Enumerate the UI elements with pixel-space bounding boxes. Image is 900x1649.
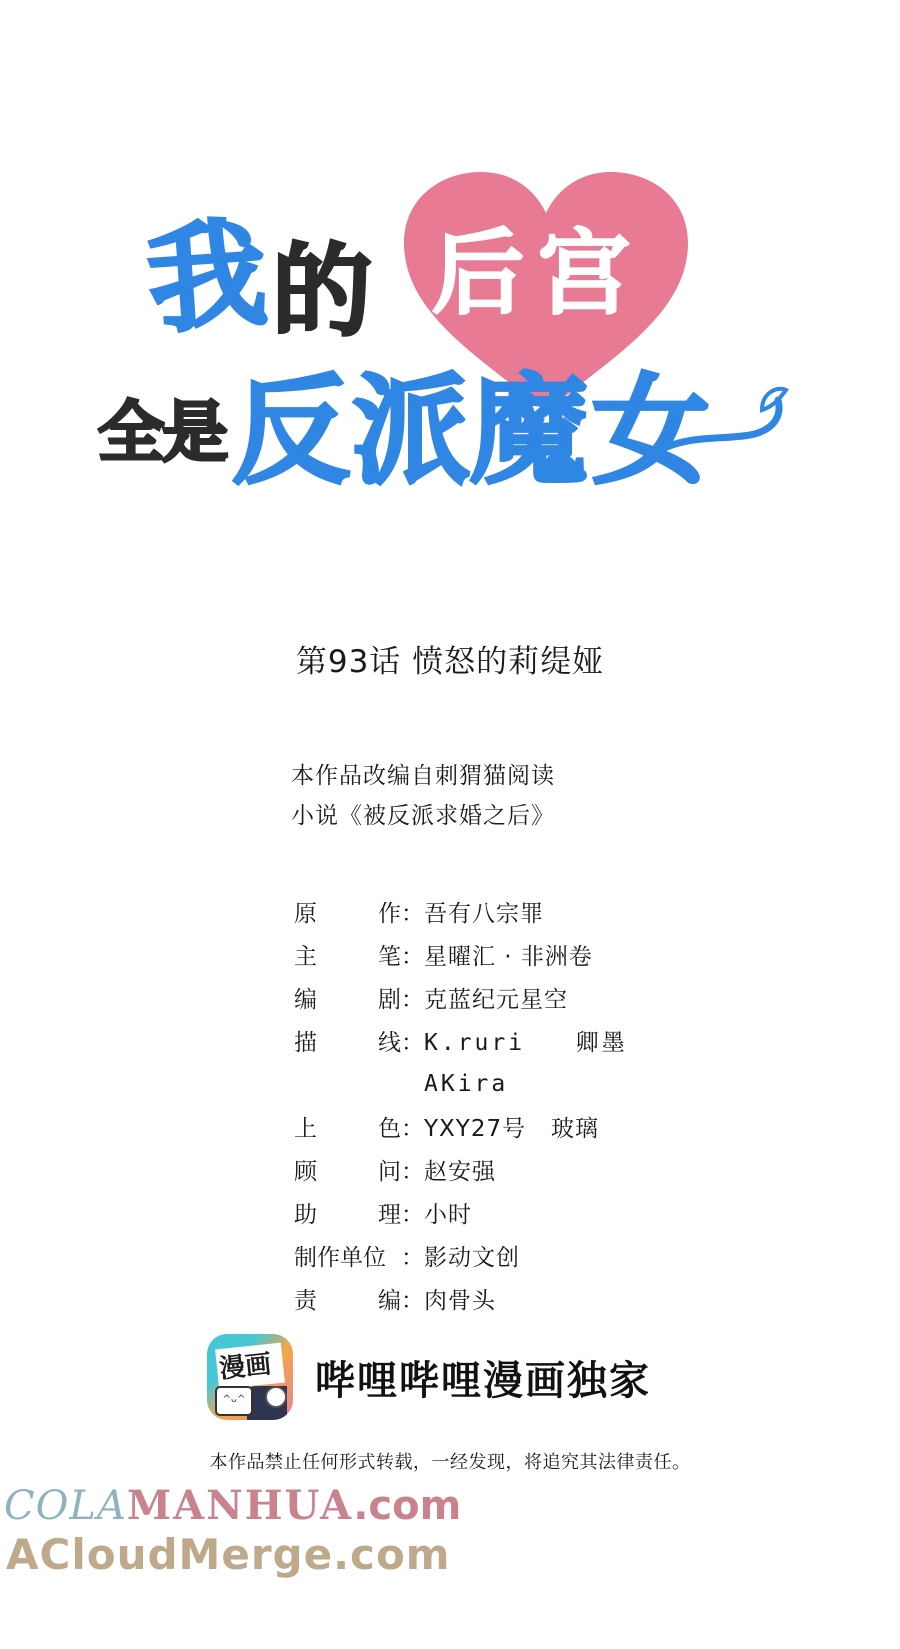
- credit-value: 吾有八宗罪: [424, 895, 544, 928]
- credit-row-original-author: 原 作： 吾有八宗罪: [294, 890, 628, 933]
- credit-row-editor: 责 编： 肉骨头: [294, 1277, 628, 1320]
- credit-value: YXY27号 玻璃: [424, 1110, 599, 1143]
- source-note: 本作品改编自刺猬猫阅读 小说《被反派求婚之后》: [291, 756, 555, 836]
- credit-label: 上 色：: [294, 1110, 424, 1143]
- credit-value: 星曜汇 · 非洲卷: [424, 938, 593, 971]
- credit-value: AKira: [424, 1071, 508, 1097]
- credit-value: 影动文创: [424, 1239, 520, 1272]
- copyright-disclaimer: 本作品禁止任何形式转载，一经发现，将追究其法律责任。: [0, 1448, 900, 1474]
- logo-char-pai: 派: [352, 372, 470, 490]
- platform-exclusive-label: 哔哩哔哩漫画独家: [315, 1349, 651, 1406]
- credit-label: 描 线：: [294, 1024, 424, 1057]
- credit-label-a: 主: [294, 938, 317, 971]
- credit-label-b: 理：: [378, 1196, 424, 1229]
- credit-row-lineart-cont: AKira: [294, 1062, 628, 1105]
- chapter-title: 第93话 愤怒的莉缇娅: [0, 636, 900, 681]
- credit-value: 克蓝纪元星空: [424, 981, 568, 1014]
- credit-value: 赵安强: [424, 1153, 496, 1186]
- tv-mascot-icon: ^ᴗ^: [215, 1386, 253, 1416]
- credit-row-screenwriter: 编 剧： 克蓝纪元星空: [294, 976, 628, 1019]
- credit-label-b: 色：: [378, 1110, 424, 1143]
- credits-list: 原 作： 吾有八宗罪 主 笔： 星曜汇 · 非洲卷 编 剧： 克蓝纪元星空 描 …: [294, 890, 628, 1320]
- credit-value: K.ruri 卿墨: [424, 1024, 628, 1057]
- watermark-acloudmerge: ACloudMerge.com: [6, 1530, 451, 1579]
- watermark-colamanhua: COLAMANHUA.com: [4, 1482, 461, 1529]
- credit-label: 原 作：: [294, 895, 424, 928]
- credit-label-a: 描: [294, 1024, 317, 1057]
- credit-label-a: 上: [294, 1110, 317, 1143]
- credit-label-a: 原: [294, 895, 317, 928]
- icon-glyph: 漫画: [217, 1343, 273, 1385]
- logo-char-hou: 后: [432, 228, 524, 320]
- credit-label: 主 笔：: [294, 938, 424, 971]
- icon-thumbs-up: [265, 1386, 287, 1408]
- logo-char-quan: 全: [98, 400, 164, 466]
- credit-label-b: 剧：: [378, 981, 424, 1014]
- watermark-manhua: MANHUA: [127, 1482, 353, 1529]
- credit-row-production: 制作单位 ： 影动文创: [294, 1234, 628, 1277]
- source-line-1: 本作品改编自刺猬猫阅读: [291, 756, 555, 796]
- credit-label: 助 理：: [294, 1196, 424, 1229]
- platform-badge: 漫画 ^ᴗ^ 哔哩哔哩漫画独家: [207, 1334, 651, 1420]
- watermark-com: .com: [353, 1483, 461, 1529]
- credit-value: 小时: [424, 1196, 472, 1229]
- credit-value: 肉骨头: [424, 1282, 496, 1315]
- credit-label: 责 编：: [294, 1282, 424, 1315]
- credit-label: 编 剧：: [294, 981, 424, 1014]
- credit-row-coloring: 上 色： YXY27号 玻璃: [294, 1105, 628, 1148]
- credit-label-b: 作：: [378, 895, 424, 928]
- credit-label-b: ：: [401, 1239, 424, 1272]
- credit-row-lineart: 描 线： K.ruri 卿墨: [294, 1019, 628, 1062]
- title-logo: 我 的 后 宫 全 是 反 派 魔 女: [0, 0, 900, 560]
- credit-label: 制作单位 ：: [294, 1239, 424, 1272]
- logo-char-wo: 我: [144, 214, 270, 340]
- credit-label-a: 制作单位: [294, 1239, 386, 1272]
- credit-row-assistant: 助 理： 小时: [294, 1191, 628, 1234]
- credit-label-a: 责: [294, 1282, 317, 1315]
- watermark-cola: COLA: [4, 1483, 127, 1529]
- credit-label-b: 编：: [378, 1282, 424, 1315]
- credit-label-b: 问：: [378, 1153, 424, 1186]
- credit-label-a: 助: [294, 1196, 317, 1229]
- logo-char-de: 的: [272, 242, 372, 342]
- devil-tail-icon: [650, 380, 790, 470]
- source-line-2: 小说《被反派求婚之后》: [291, 796, 555, 836]
- credit-row-lead-artist: 主 笔： 星曜汇 · 非洲卷: [294, 933, 628, 976]
- credit-row-consultant: 顾 问： 赵安强: [294, 1148, 628, 1191]
- logo-char-shi: 是: [162, 400, 228, 466]
- logo-char-gong: 宫: [538, 228, 630, 320]
- credit-label-b: 笔：: [378, 938, 424, 971]
- credit-label-a: 顾: [294, 1153, 317, 1186]
- bilibili-comics-app-icon: 漫画 ^ᴗ^: [207, 1334, 293, 1420]
- credit-label-a: 编: [294, 981, 317, 1014]
- logo-char-fan: 反: [232, 372, 350, 490]
- logo-char-mo: 魔: [470, 372, 588, 490]
- credit-label: 顾 问：: [294, 1153, 424, 1186]
- credit-label-b: 线：: [378, 1024, 424, 1057]
